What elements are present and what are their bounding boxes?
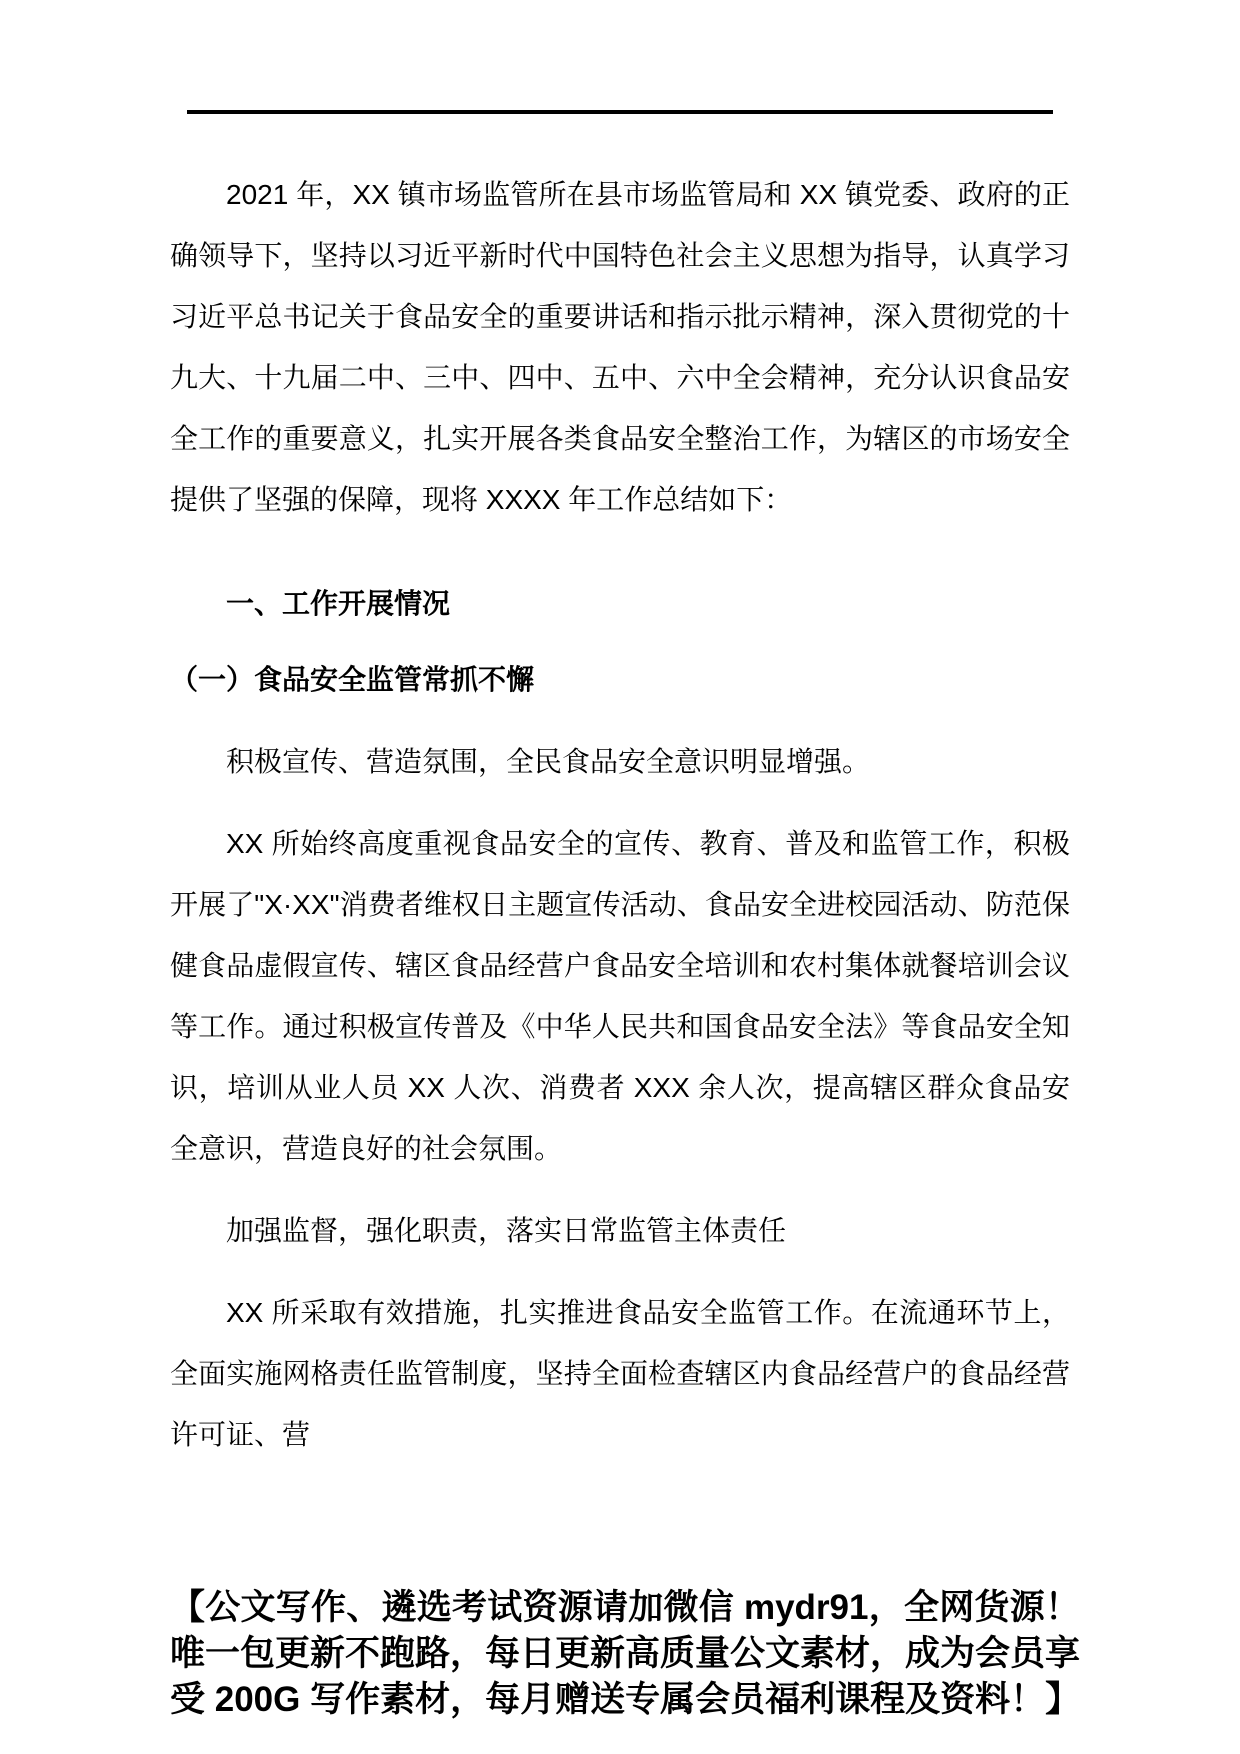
header-rule [187, 110, 1053, 114]
subsection-heading-1-1: （一）食品安全监管常抓不懈 [170, 649, 1070, 710]
body-paragraph-supervision-detail: XX 所采取有效措施，扎实推进食品安全监管工作。在流通环节上，全面实施网格责任监… [170, 1282, 1070, 1465]
body-paragraph-publicity-lead: 积极宣传、营造氛围，全民食品安全意识明显增强。 [170, 731, 1070, 792]
promo-text: 【公文写作、遴选考试资源请加微信 mydr91，全网货源！唯一包更新不跑路，每日… [170, 1585, 1080, 1723]
section-heading-1: 一、工作开展情况 [170, 573, 1070, 634]
body-paragraph-publicity-detail: XX 所始终高度重视食品安全的宣传、教育、普及和监管工作，积极开展了"X·XX"… [170, 813, 1070, 1179]
body-paragraph-supervision-lead: 加强监督，强化职责，落实日常监管主体责任 [170, 1200, 1070, 1261]
document-body: 2021 年，XX 镇市场监管所在县市场监管局和 XX 镇党委、政府的正确领导下… [170, 164, 1070, 1723]
body-paragraph-intro: 2021 年，XX 镇市场监管所在县市场监管局和 XX 镇党委、政府的正确领导下… [170, 164, 1070, 530]
document-page: 2021 年，XX 镇市场监管所在县市场监管局和 XX 镇党委、政府的正确领导下… [0, 0, 1240, 1754]
